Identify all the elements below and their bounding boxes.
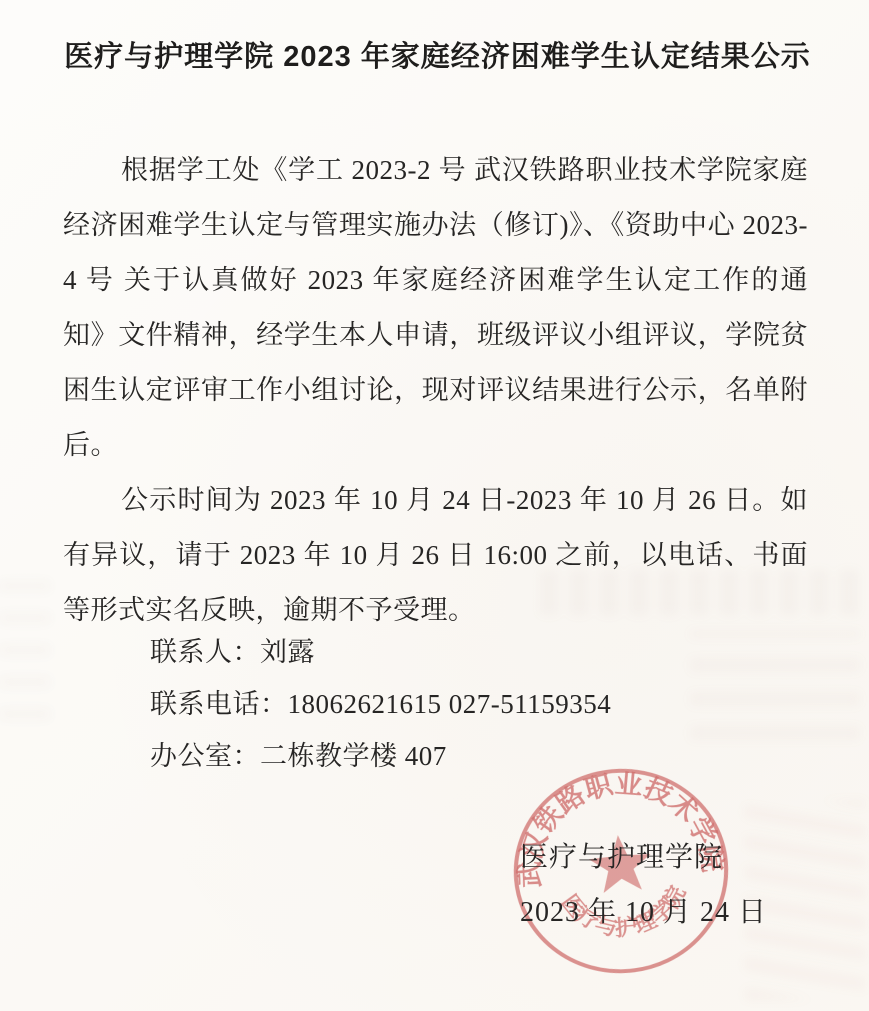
contact-office-value: 二栋教学楼 407 [260, 741, 447, 771]
contact-phone-row: 联系电话：18062621615 027-51159354 [150, 678, 611, 730]
notice-body: 根据学工处《学工 2023-2 号 武汉铁路职业技术学院家庭经济困难学生认定与管… [63, 143, 808, 638]
contact-office-label: 办公室： [150, 741, 260, 771]
contact-phone-label: 联系电话： [150, 689, 288, 719]
document-title: 医疗与护理学院 2023 年家庭经济困难学生认定结果公示 [64, 34, 811, 75]
bleedthrough-smudge [0, 560, 50, 720]
signature-date: 2023 年 10 月 24 日 [520, 885, 767, 940]
bleedthrough-smudge [690, 630, 860, 740]
contact-person-row: 联系人：刘露 [150, 626, 611, 678]
contact-phone-value: 18062621615 027-51159354 [288, 689, 612, 719]
scanned-notice-page: 医疗与护理学院 2023 年家庭经济困难学生认定结果公示 根据学工处《学工 20… [0, 0, 869, 1011]
paragraph-publicity-period: 公示时间为 2023 年 10 月 24 日-2023 年 10 月 26 日。… [63, 473, 808, 638]
signature-block: 医疗与护理学院 2023 年 10 月 24 日 [520, 830, 767, 940]
contact-person-label: 联系人： [150, 637, 260, 667]
paragraph-basis: 根据学工处《学工 2023-2 号 武汉铁路职业技术学院家庭经济困难学生认定与管… [63, 143, 808, 473]
contact-block: 联系人：刘露 联系电话：18062621615 027-51159354 办公室… [150, 626, 611, 782]
contact-person-value: 刘露 [260, 637, 315, 667]
signature-organization: 医疗与护理学院 [520, 830, 767, 885]
